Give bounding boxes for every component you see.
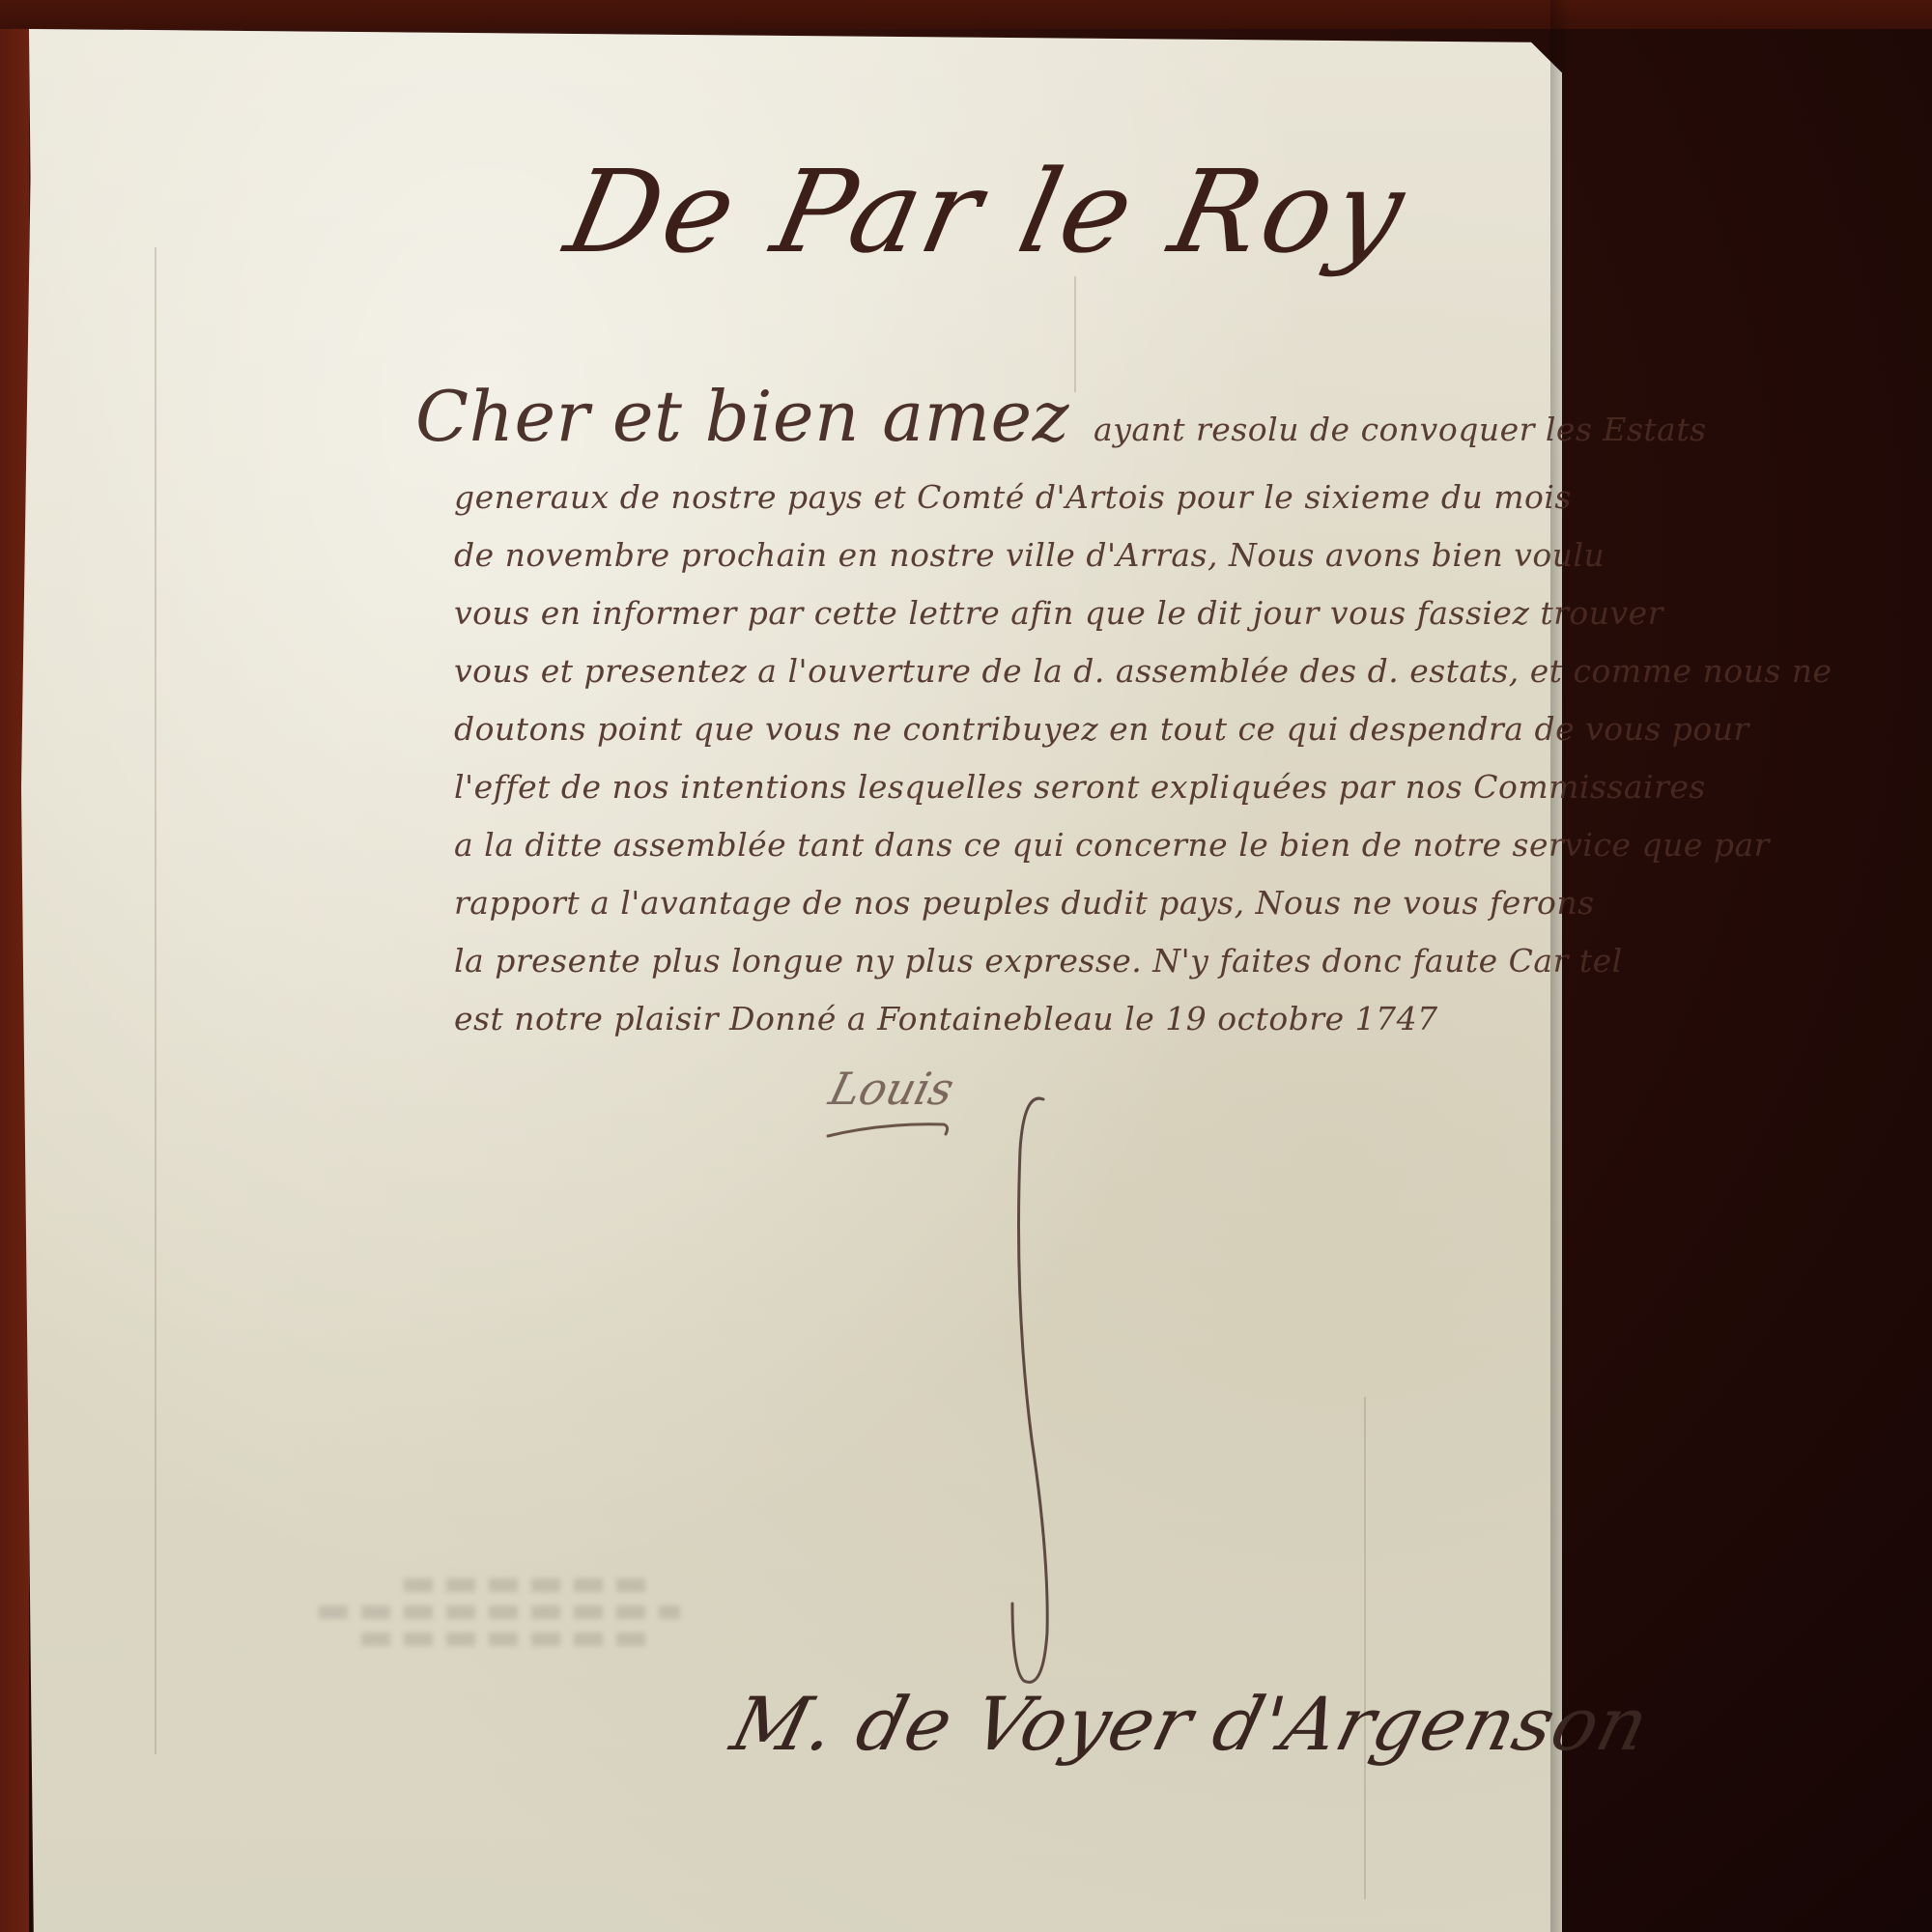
letter-line-9: rapport a l'avantage de nos peuples dudi… xyxy=(415,874,1526,932)
minister-signature: M. de Voyer d'Argenson xyxy=(724,1681,1658,1767)
letter-line-3: de novembre prochain en nostre ville d'A… xyxy=(415,526,1526,584)
letter-line-7: l'effet de nos intentions lesquelles ser… xyxy=(415,758,1526,816)
letter-line-11: est notre plaisir Donné a Fontainebleau … xyxy=(415,990,1526,1048)
letter-line-10: la presente plus longue ny plus expresse… xyxy=(415,932,1526,990)
letter-body: Cher et bien amez ayant resolu de convoq… xyxy=(415,382,1526,1048)
paraph-flourish-icon xyxy=(985,1092,1092,1700)
faded-line xyxy=(361,1633,659,1646)
king-signature: Louis xyxy=(824,1063,959,1115)
salutation: Cher et bien amez xyxy=(415,376,1069,457)
fold-mark-left xyxy=(155,247,156,1754)
letter-line-6: doutons point que vous ne contribuyez en… xyxy=(415,700,1526,758)
fold-mark-bottom-right xyxy=(1364,1397,1366,1899)
letter-line-1: Cher et bien amez ayant resolu de convoq… xyxy=(415,382,1526,469)
faded-line xyxy=(404,1578,659,1592)
letter-line-2: generaux de nostre pays et Comté d'Artoi… xyxy=(415,469,1526,526)
letter-line-4: vous en informer par cette lettre afin q… xyxy=(415,584,1526,642)
letter-line-text: ayant resolu de convoquer les Estats xyxy=(1094,411,1707,448)
faded-line xyxy=(319,1605,680,1619)
fold-mark-top-right xyxy=(1074,276,1076,392)
letter-heading: De Par le Roy xyxy=(555,145,1511,278)
signature-underline-icon xyxy=(826,1121,952,1140)
letter-line-8: a la ditte assemblée tant dans ce qui co… xyxy=(415,816,1526,874)
faded-stamp-impression xyxy=(319,1565,744,1681)
background-wood-top xyxy=(0,0,1932,29)
letter-line-5: vous et presentez a l'ouverture de la d.… xyxy=(415,642,1526,700)
